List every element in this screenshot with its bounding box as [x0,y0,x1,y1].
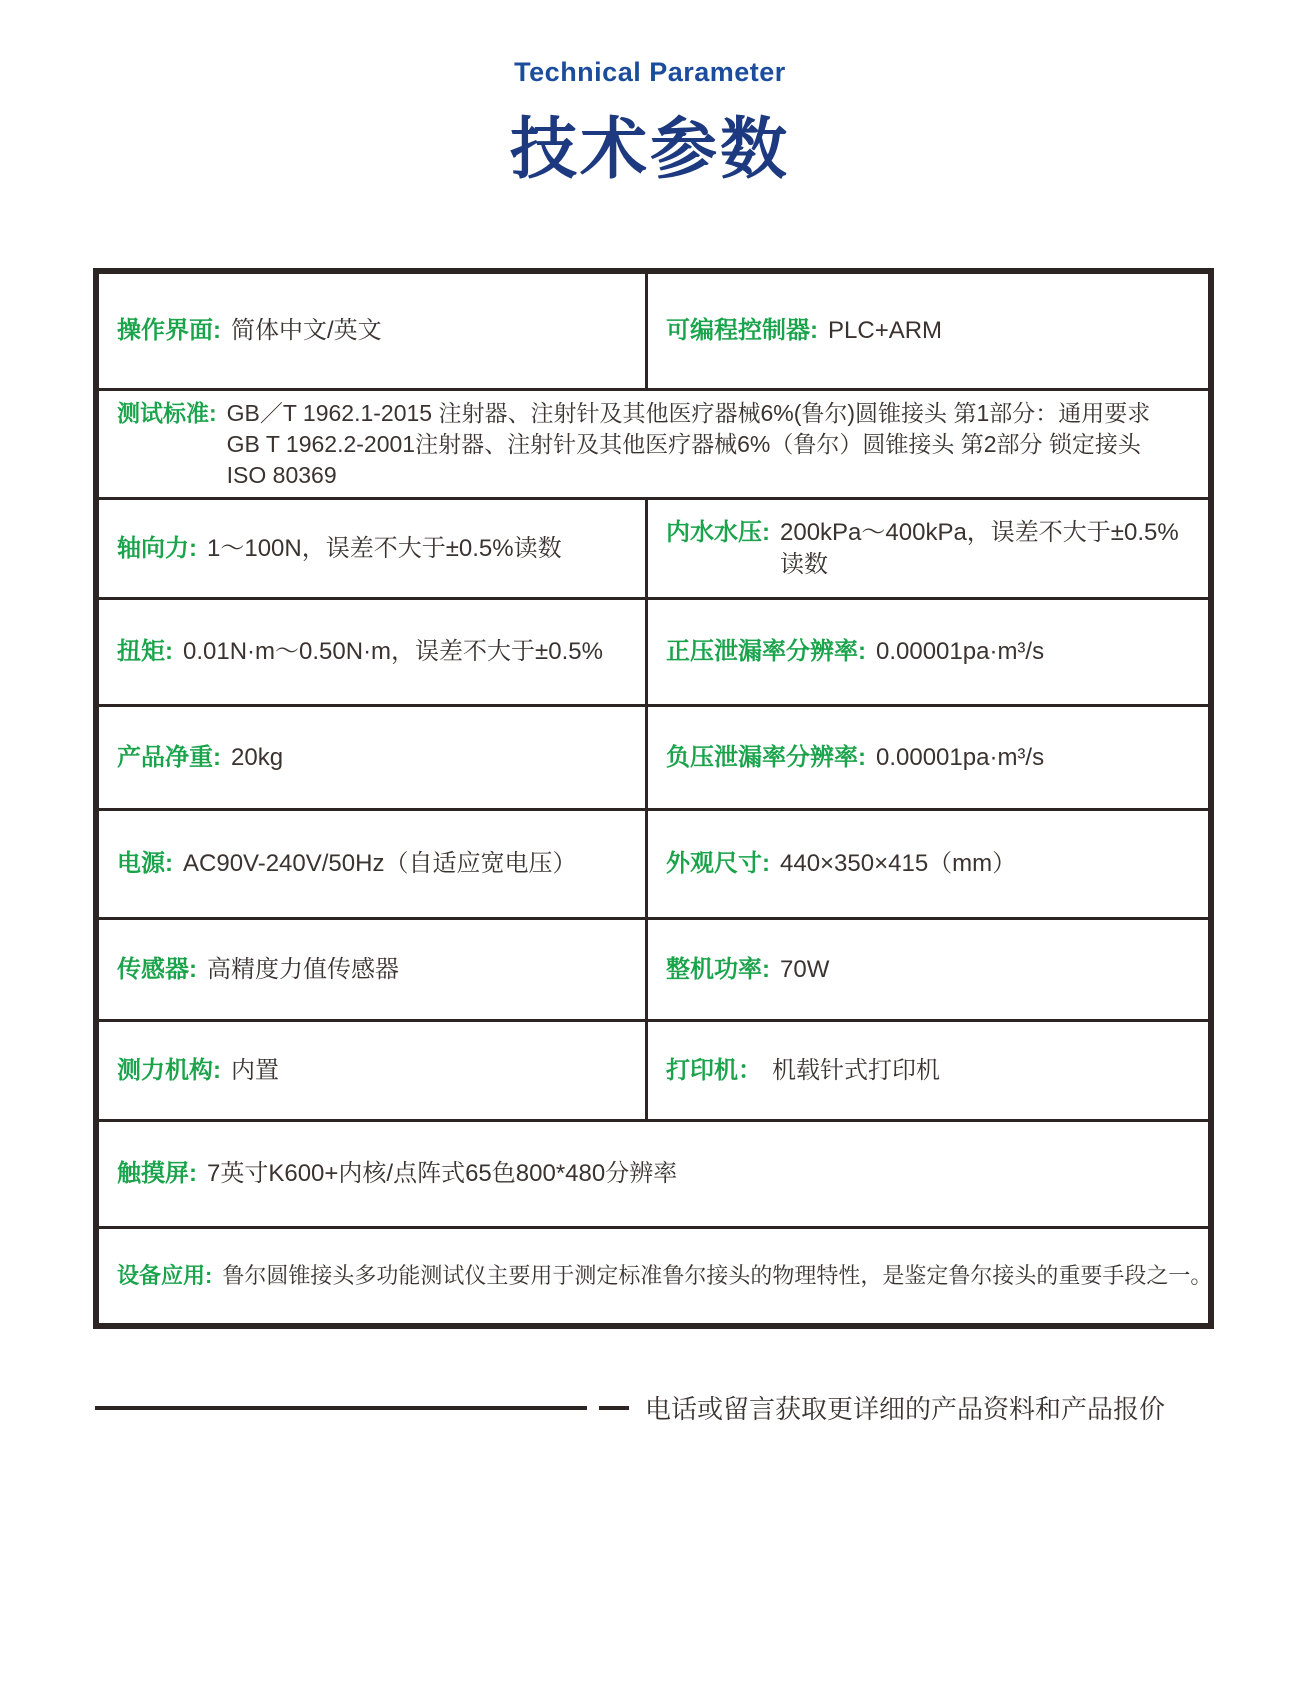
spec-value: 0.00001pa·m³/s [876,636,1194,668]
footer: 电话或留言获取更详细的产品资料和产品报价 [95,1389,1300,1426]
row-force-mechanism: 测力机构: 内置 打印机： 机载针式打印机 [99,1022,1208,1122]
cell-printer: 打印机： 机载针式打印机 [648,1022,1208,1119]
spec-label: 正压泄漏率分辨率: [666,636,866,668]
spec-value: 440×350×415（mm） [780,848,1194,880]
row-torque: 扭矩: 0.01N·m～0.50N·m，误差不大于±0.5% 正压泄漏率分辨率:… [99,600,1208,707]
subtitle-english: Technical Parameter [0,57,1300,88]
cell-ui-language: 操作界面: 简体中文/英文 [99,274,648,388]
spec-value: 高精度力值传感器 [207,954,631,986]
page-title: 技术参数 [0,96,1300,192]
row-sensor: 传感器: 高精度力值传感器 整机功率: 70W [99,920,1208,1022]
row-power-supply: 电源: AC90V-240V/50Hz（自适应宽电压） 外观尺寸: 440×35… [99,811,1208,920]
cell-total-power: 整机功率: 70W [648,920,1208,1019]
footer-rule-dash [599,1406,629,1410]
spec-value: PLC+ARM [828,315,1194,347]
cell-torque: 扭矩: 0.01N·m～0.50N·m，误差不大于±0.5% [99,600,648,704]
cell-net-weight: 产品净重: 20kg [99,707,648,808]
spec-value: 200kPa～400kPa，误差不大于±0.5%读数 [780,517,1194,581]
spec-value: 1～100N，误差不大于±0.5%读数 [207,533,631,565]
spec-value: 0.01N·m～0.50N·m，误差不大于±0.5% [183,636,631,668]
row-touchscreen: 触摸屏: 7英寸K600+内核/点阵式65色800*480分辨率 [99,1122,1208,1229]
spec-label: 扭矩: [117,636,173,668]
spec-label: 整机功率: [666,954,770,986]
spec-table: 操作界面: 简体中文/英文 可编程控制器: PLC+ARM 测试标准: GB／T… [93,268,1214,1329]
cell-sensor: 传感器: 高精度力值传感器 [99,920,648,1019]
cell-application: 设备应用: 鲁尔圆锥接头多功能测试仪主要用于测定标准鲁尔接头的物理特性，是鉴定鲁… [99,1229,1208,1323]
spec-value: 内置 [231,1055,631,1087]
spec-label: 操作界面: [117,315,221,347]
spec-value: 7英寸K600+内核/点阵式65色800*480分辨率 [207,1158,1194,1190]
spec-label: 测力机构: [117,1055,221,1087]
cell-test-standard: 测试标准: GB／T 1962.1-2015 注射器、注射针及其他医疗器械6%(… [99,391,1208,497]
spec-label: 负压泄漏率分辨率: [666,742,866,774]
row-net-weight: 产品净重: 20kg 负压泄漏率分辨率: 0.00001pa·m³/s [99,707,1208,811]
cell-power-supply: 电源: AC90V-240V/50Hz（自适应宽电压） [99,811,648,917]
spec-label: 轴向力: [117,533,197,565]
spec-value: 简体中文/英文 [231,315,631,347]
spec-value: GB／T 1962.1-2015 注射器、注射针及其他医疗器械6%(鲁尔)圆锥接… [227,398,1194,491]
spec-label: 设备应用: [117,1261,212,1291]
cell-force-mechanism: 测力机构: 内置 [99,1022,648,1119]
spec-label: 打印机： [666,1055,762,1087]
cell-water-pressure: 内水水压: 200kPa～400kPa，误差不大于±0.5%读数 [648,500,1208,597]
spec-label: 传感器: [117,954,197,986]
row-ui-language: 操作界面: 简体中文/英文 可编程控制器: PLC+ARM [99,274,1208,391]
spec-value: 鲁尔圆锥接头多功能测试仪主要用于测定标准鲁尔接头的物理特性，是鉴定鲁尔接头的重要… [222,1261,1194,1291]
spec-label: 外观尺寸: [666,848,770,880]
spec-value: AC90V-240V/50Hz（自适应宽电压） [183,848,631,880]
footer-rule-long [95,1406,587,1410]
spec-value: 机载针式打印机 [772,1055,1194,1087]
cell-touchscreen: 触摸屏: 7英寸K600+内核/点阵式65色800*480分辨率 [99,1122,1208,1226]
spec-label: 内水水压: [666,517,770,549]
cell-dimensions: 外观尺寸: 440×350×415（mm） [648,811,1208,917]
spec-value: 20kg [231,742,631,774]
cell-axial-force: 轴向力: 1～100N，误差不大于±0.5%读数 [99,500,648,597]
cell-positive-leak-resolution: 正压泄漏率分辨率: 0.00001pa·m³/s [648,600,1208,704]
spec-label: 可编程控制器: [666,315,818,347]
cell-negative-leak-resolution: 负压泄漏率分辨率: 0.00001pa·m³/s [648,707,1208,808]
footer-note: 电话或留言获取更详细的产品资料和产品报价 [645,1389,1165,1426]
cell-plc-controller: 可编程控制器: PLC+ARM [648,274,1208,388]
spec-label: 测试标准: [117,398,217,429]
row-axial-force: 轴向力: 1～100N，误差不大于±0.5%读数 内水水压: 200kPa～40… [99,500,1208,600]
spec-label: 产品净重: [117,742,221,774]
spec-label: 电源: [117,848,173,880]
spec-value: 70W [780,954,1194,986]
row-test-standard: 测试标准: GB／T 1962.1-2015 注射器、注射针及其他医疗器械6%(… [99,391,1208,500]
spec-value: 0.00001pa·m³/s [876,742,1194,774]
page-header: Technical Parameter 技术参数 [0,0,1300,192]
row-application: 设备应用: 鲁尔圆锥接头多功能测试仪主要用于测定标准鲁尔接头的物理特性，是鉴定鲁… [99,1229,1208,1323]
spec-label: 触摸屏: [117,1158,197,1190]
